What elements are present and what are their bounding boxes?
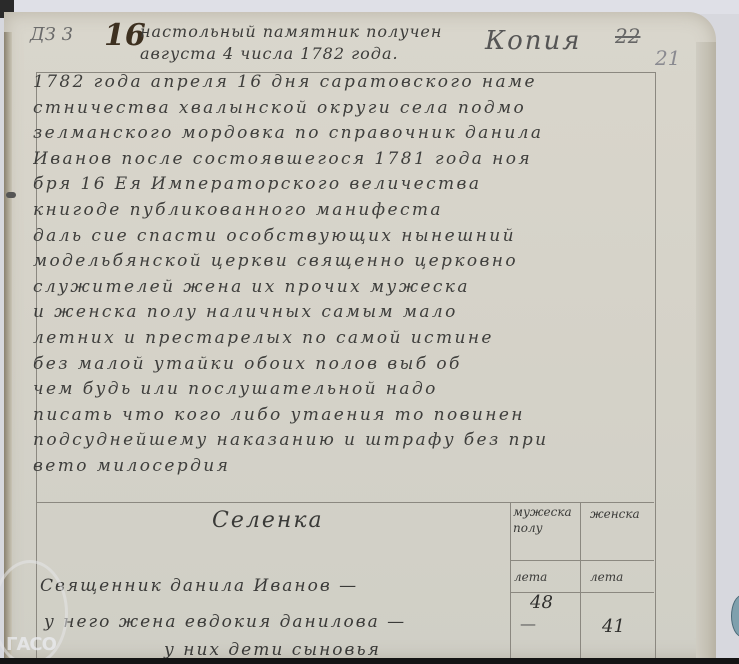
body-line: чем будь или послушательной надо <box>33 377 653 403</box>
column-header-female: женска <box>590 506 654 522</box>
body-line: даль сие спасти особствующих нынешний <box>33 224 653 250</box>
body-line: стничества хвалынской округи села подмо <box>33 96 653 122</box>
viewer-side-button[interactable] <box>731 595 739 637</box>
body-line: служителей жена их прочих мужеска <box>33 275 653 301</box>
entry-children: у них дети сыновья <box>164 640 381 660</box>
body-line: бря 16 Ея Императорского величества <box>33 172 653 198</box>
unit-female: лета <box>590 570 623 584</box>
body-line: писать что кого либо утаения то повинен <box>33 403 653 429</box>
header-title-line-2: августа 4 числа 1782 года. <box>140 44 399 63</box>
viewer-bottom-bar <box>0 658 739 664</box>
unit-male: лета <box>514 570 547 584</box>
body-line: книгоде публикованного манифеста <box>33 198 653 224</box>
column-rule-female <box>580 502 581 664</box>
body-line: вето милосердия <box>33 454 653 480</box>
body-line: без малой утайки обоих полов выб об <box>33 352 653 378</box>
body-line: и женска полу наличных самым мало <box>33 300 653 326</box>
doc-number-pencil: ДЗ 3 <box>30 24 73 45</box>
header-rule <box>510 560 654 561</box>
header-title-line-1: настольный памятник получен <box>140 22 442 41</box>
body-line: модельбянской церкви священно церковно <box>33 249 653 275</box>
entry-wife-male-dash: — <box>520 614 536 633</box>
body-line: 1782 года апреля 16 дня саратовского нам… <box>33 70 653 96</box>
archive-stamp-text: ГАСО <box>6 634 56 655</box>
page-edge <box>696 42 716 662</box>
entry-priest: Священник данила Иванов — <box>40 576 358 596</box>
body-line: Иванов после состоявшегося 1781 года ноя <box>33 147 653 173</box>
column-rule-male <box>510 502 511 664</box>
page-number-pencil: 21 <box>655 46 680 70</box>
body-line: подсуднейшему наказанию и штрафу без при <box>33 428 653 454</box>
entry-priest-age: 48 <box>530 592 553 613</box>
entry-wife: у него жена евдокия данилова — <box>44 612 406 632</box>
section-divider <box>36 502 654 503</box>
section-title: Селенка <box>212 508 324 533</box>
body-line: летних и престарелых по самой истине <box>33 326 653 352</box>
page-number-struck: 22 <box>615 24 640 48</box>
column-header-male: мужеска полу <box>513 504 577 536</box>
copy-label: Копия <box>485 26 581 56</box>
body-line: зелманского мордовка по справочник данил… <box>33 121 653 147</box>
body-text: 1782 года апреля 16 дня саратовского нам… <box>33 70 653 480</box>
entry-wife-age: 41 <box>602 616 625 637</box>
binding-ring <box>6 192 16 198</box>
